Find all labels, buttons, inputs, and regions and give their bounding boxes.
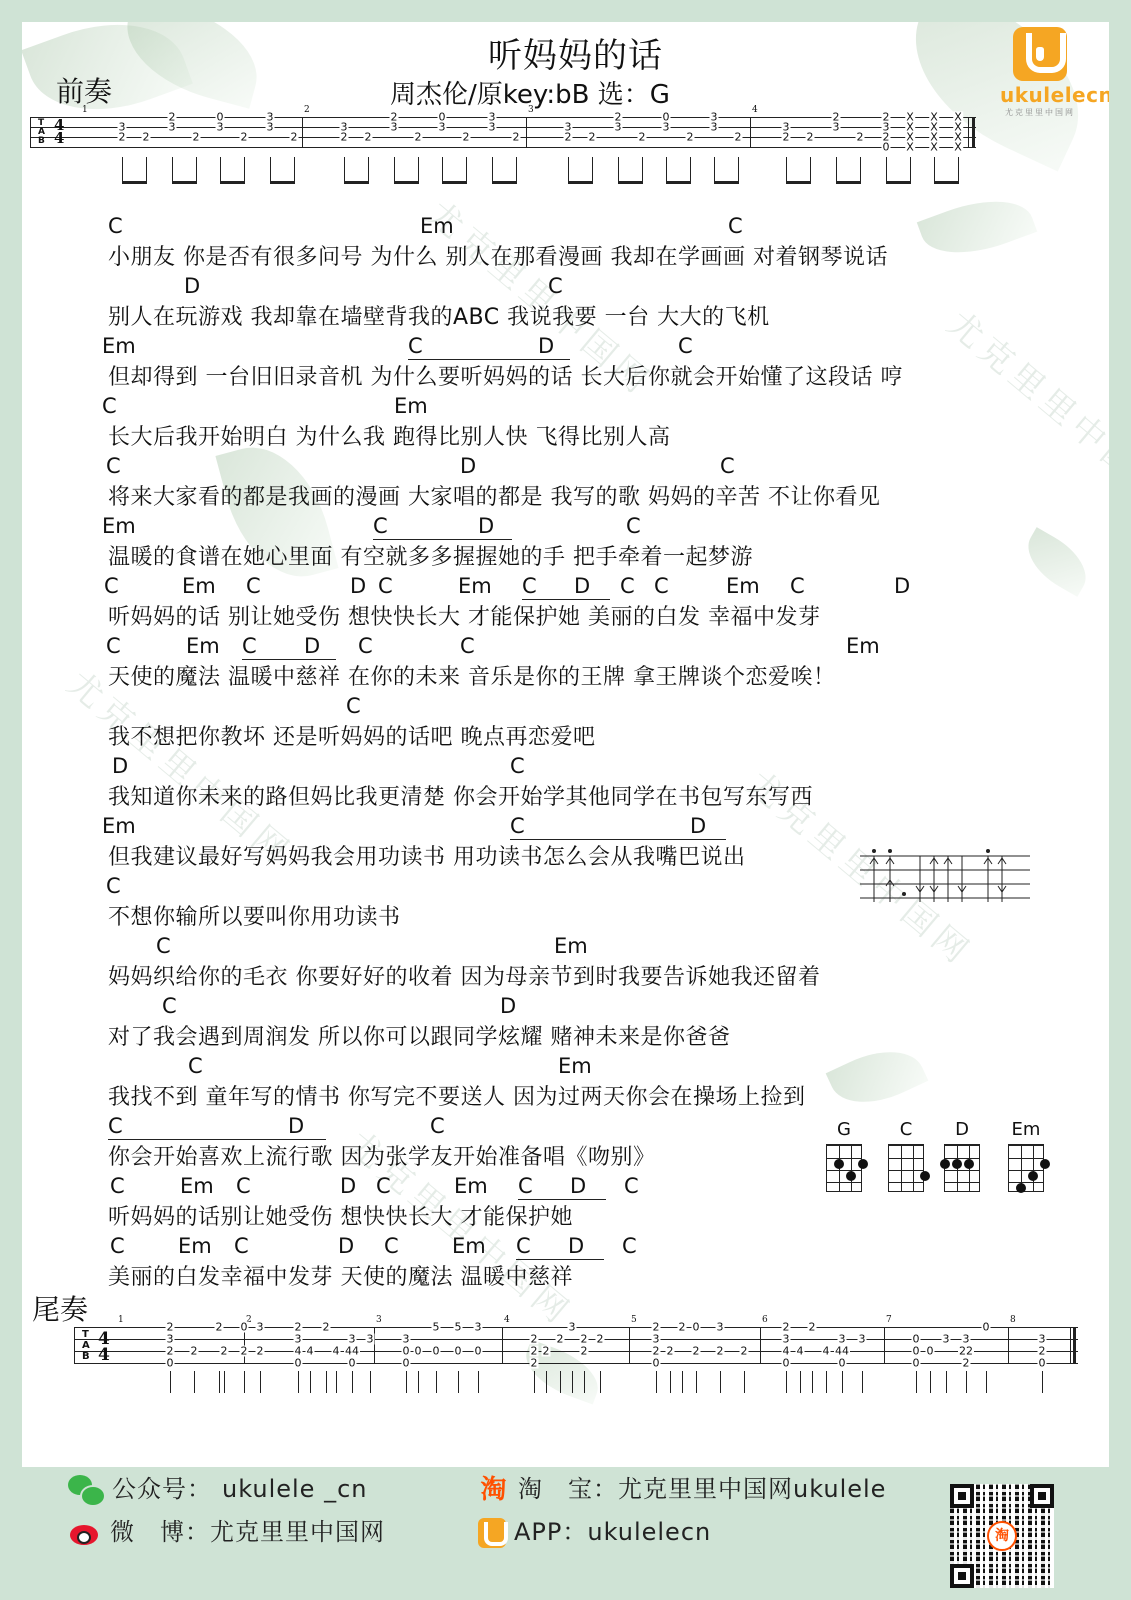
chord-symbol: Em bbox=[452, 1234, 486, 1258]
wechat-contact[interactable]: 公众号：ukulele _cn bbox=[68, 1469, 367, 1505]
fretboard-grid bbox=[888, 1144, 924, 1192]
chord-tie-line bbox=[510, 839, 726, 840]
time-signature: 44 bbox=[54, 119, 64, 145]
chord-symbol: D bbox=[568, 1234, 584, 1258]
chord-symbol: D bbox=[460, 454, 476, 478]
chord-symbol: C bbox=[510, 814, 525, 838]
logo-text: ukulelecn bbox=[1000, 83, 1080, 107]
chord-tie-line bbox=[242, 659, 336, 660]
chord-symbol: C bbox=[620, 574, 635, 598]
chord-tie-line bbox=[373, 539, 512, 540]
chord-symbol: C bbox=[236, 1174, 251, 1198]
chord-symbol: Em bbox=[102, 334, 136, 358]
chord-symbol: D bbox=[538, 334, 554, 358]
chord-symbol: Em bbox=[180, 1174, 214, 1198]
chord-symbol: C bbox=[156, 934, 171, 958]
chord-symbol: C bbox=[106, 634, 121, 658]
taobao-icon: 淘 bbox=[478, 1475, 510, 1505]
lyric-line: EmCDC但却得到 一台旧旧录音机 为什么要听妈妈的话 长大后你就会开始懂了这段… bbox=[86, 308, 1066, 368]
chord-tie-line bbox=[408, 359, 570, 360]
app-contact[interactable]: APP：ukulelecn bbox=[478, 1512, 711, 1548]
chord-tie-line bbox=[518, 1199, 606, 1200]
time-signature: 44 bbox=[98, 1331, 110, 1363]
chord-symbol: D bbox=[574, 574, 590, 598]
intro-label: 前奏 bbox=[56, 70, 112, 110]
chord-symbol: C bbox=[654, 574, 669, 598]
strum-pattern-diagram bbox=[860, 846, 1030, 902]
sheet-page: 尤克里里中国网 尤克里里中国网 尤克里里中国网 尤克里里中国网 尤克里里中国网 … bbox=[22, 22, 1109, 1467]
chord-symbol: Em bbox=[726, 574, 760, 598]
chord-symbol: C bbox=[720, 454, 735, 478]
chord-diagram-d: D bbox=[944, 1120, 980, 1192]
chord-symbol: C bbox=[622, 1234, 637, 1258]
lyric-line: CEm我找不到 童年写的情书 你写完不要送人 因为过两天你会在操场上捡到 bbox=[86, 1028, 1066, 1088]
chord-symbol: D bbox=[570, 1174, 586, 1198]
chord-symbol: Em bbox=[186, 634, 220, 658]
fretboard-grid bbox=[1008, 1144, 1044, 1192]
song-title: 听妈妈的话 bbox=[22, 28, 1109, 77]
chord-symbol: C bbox=[108, 214, 123, 238]
ukulele-logo-icon bbox=[1013, 27, 1067, 81]
chord-symbol: C bbox=[104, 574, 119, 598]
chord-symbol: C bbox=[108, 1114, 123, 1138]
ukulelecn-logo[interactable]: ukulelecn 尤克里里中国网 bbox=[1000, 27, 1080, 118]
chord-symbol: C bbox=[102, 394, 117, 418]
lyric-text: 美丽的白发幸福中发芽 天使的魔法 温暖中慈祥 bbox=[108, 1265, 573, 1291]
taobao-contact[interactable]: 淘淘 宝：尤克里里中国网ukulele bbox=[478, 1469, 886, 1505]
chord-symbol: Em bbox=[454, 1174, 488, 1198]
finger-dot bbox=[1016, 1183, 1026, 1193]
chord-symbol: C bbox=[376, 1174, 391, 1198]
chord-symbol: D bbox=[338, 1234, 354, 1258]
outro-tab-staff: TAB 44 1 2 3 4 5 6 7 8 23202220232234042… bbox=[74, 1317, 1078, 1397]
chord-symbol: D bbox=[184, 274, 200, 298]
finger-dot bbox=[834, 1159, 844, 1169]
chord-tie-line bbox=[108, 1139, 326, 1140]
chord-symbol: C bbox=[110, 1174, 125, 1198]
chord-tie-line bbox=[516, 1259, 604, 1260]
chord-symbol: C bbox=[346, 694, 361, 718]
chord-symbol: D bbox=[350, 574, 366, 598]
lyric-line: EmCDC温暖的食谱在她心里面 有空就多多握握她的手 把手牵着一起梦游 bbox=[86, 488, 1066, 548]
chord-symbol: Em bbox=[394, 394, 428, 418]
chord-diagram-g: G bbox=[826, 1120, 862, 1192]
ukulele-app-icon bbox=[478, 1518, 506, 1548]
chord-symbol: C bbox=[510, 754, 525, 778]
finger-dot bbox=[1040, 1159, 1050, 1169]
finger-dot bbox=[846, 1171, 856, 1181]
finger-dot bbox=[940, 1159, 950, 1169]
chord-diagram-em: Em bbox=[1008, 1120, 1044, 1192]
chord-diagram-name: Em bbox=[1008, 1120, 1044, 1140]
chord-diagram-name: C bbox=[888, 1120, 924, 1140]
fretboard-grid bbox=[826, 1144, 862, 1192]
chord-symbol: C bbox=[110, 1234, 125, 1258]
finger-dot bbox=[1028, 1171, 1038, 1181]
fretboard-grid bbox=[944, 1144, 980, 1192]
finger-dot bbox=[952, 1159, 962, 1169]
chord-symbol: C bbox=[516, 1234, 531, 1258]
chord-symbol: C bbox=[378, 574, 393, 598]
intro-tab-staff: TAB 44 1 2 3 4 32 2 23 2 03 2 33 2 32 2 … bbox=[30, 107, 976, 197]
lyric-line: CEm长大后我开始明白 为什么我 跑得比别人快 飞得比别人高 bbox=[86, 368, 1066, 428]
taobao-qr-logo: 淘 bbox=[987, 1521, 1017, 1551]
chord-symbol: C bbox=[242, 634, 257, 658]
chord-symbol: D bbox=[500, 994, 516, 1018]
chord-symbol: Em bbox=[846, 634, 880, 658]
chord-symbol: D bbox=[478, 514, 494, 538]
chord-symbol: D bbox=[894, 574, 910, 598]
chord-symbol: C bbox=[522, 574, 537, 598]
chord-symbol: Em bbox=[420, 214, 454, 238]
chord-symbol: C bbox=[728, 214, 743, 238]
chord-symbol: C bbox=[373, 514, 388, 538]
chord-symbol: C bbox=[162, 994, 177, 1018]
chord-diagram-name: G bbox=[826, 1120, 862, 1140]
lyric-line: CD对了我会遇到周润发 所以你可以跟同学炫耀 赌神未来是你爸爸 bbox=[86, 968, 1066, 1028]
chord-symbol: C bbox=[408, 334, 423, 358]
chord-symbol: Em bbox=[178, 1234, 212, 1258]
chord-symbol: D bbox=[304, 634, 320, 658]
finger-dot bbox=[964, 1159, 974, 1169]
lyric-line: EmCD但我建议最好写妈妈我会用功读书 用功读书怎么会从我嘴巴说出 bbox=[86, 788, 1066, 848]
weibo-contact[interactable]: 微 博：尤克里里中国网 bbox=[68, 1512, 385, 1547]
chord-symbol: C bbox=[106, 874, 121, 898]
chord-symbol: Em bbox=[554, 934, 588, 958]
chord-symbol: C bbox=[460, 634, 475, 658]
lyric-line: C我不想把你教坏 还是听妈妈的话吧 晚点再恋爱吧 bbox=[86, 668, 1066, 728]
chord-symbol: C bbox=[626, 514, 641, 538]
chord-symbol: D bbox=[112, 754, 128, 778]
chord-symbol: C bbox=[548, 274, 563, 298]
lyric-line: CEmCDCEmCDC美丽的白发幸福中发芽 天使的魔法 温暖中慈祥 bbox=[86, 1208, 1066, 1268]
chord-symbol: D bbox=[288, 1114, 304, 1138]
chord-symbol: C bbox=[234, 1234, 249, 1258]
chord-symbol: C bbox=[358, 634, 373, 658]
chord-symbol: C bbox=[106, 454, 121, 478]
chord-symbol: C bbox=[518, 1174, 533, 1198]
lyric-line: DC我知道你未来的路但妈比我更清楚 你会开始学其他同学在书包写东写西 bbox=[86, 728, 1066, 788]
chord-symbol: Em bbox=[102, 814, 136, 838]
chord-symbol: Em bbox=[458, 574, 492, 598]
weibo-icon bbox=[68, 1519, 102, 1547]
lyric-line: CEmCDCCEm天使的魔法 温暖中慈祥 在你的未来 音乐是你的王牌 拿王牌谈个… bbox=[86, 608, 1066, 668]
chord-tie-line bbox=[522, 599, 610, 600]
chord-symbol: C bbox=[678, 334, 693, 358]
chord-diagram-name: D bbox=[944, 1120, 980, 1140]
logo-subtext: 尤克里里中国网 bbox=[1000, 107, 1080, 118]
chord-symbol: C bbox=[430, 1114, 445, 1138]
chord-symbol: C bbox=[188, 1054, 203, 1078]
lyric-line: CDC将来大家看的都是我画的漫画 大家唱的都是 我写的歌 妈妈的辛苦 不让你看见 bbox=[86, 428, 1066, 488]
chord-symbol: C bbox=[624, 1174, 639, 1198]
chord-symbol: D bbox=[340, 1174, 356, 1198]
finger-dot bbox=[858, 1159, 868, 1169]
lyric-line: CEm妈妈织给你的毛衣 你要好好的收着 因为母亲节到时我要告诉她我还留着 bbox=[86, 908, 1066, 968]
chord-symbol: Em bbox=[182, 574, 216, 598]
chord-symbol: Em bbox=[558, 1054, 592, 1078]
finger-dot bbox=[920, 1171, 930, 1181]
chord-symbol: C bbox=[246, 574, 261, 598]
lyric-line: DC别人在玩游戏 我却靠在墙壁背我的ABC 我说我要 一台 大大的飞机 bbox=[86, 248, 1066, 308]
chord-symbol: C bbox=[384, 1234, 399, 1258]
chord-diagram-c: C bbox=[888, 1120, 924, 1192]
chord-symbol: Em bbox=[102, 514, 136, 538]
wechat-icon bbox=[68, 1475, 104, 1505]
lyric-line: CEmCDCEmCDCCEmCD听妈妈的话 别让她受伤 想快快长大 才能保护她 … bbox=[86, 548, 1066, 608]
chord-symbol: C bbox=[790, 574, 805, 598]
qr-code[interactable]: 淘 bbox=[950, 1484, 1054, 1588]
lyric-line: CEmC小朋友 你是否有很多问号 为什么 别人在那看漫画 我却在学画画 对着钢琴… bbox=[86, 188, 1066, 248]
chord-symbol: D bbox=[690, 814, 706, 838]
